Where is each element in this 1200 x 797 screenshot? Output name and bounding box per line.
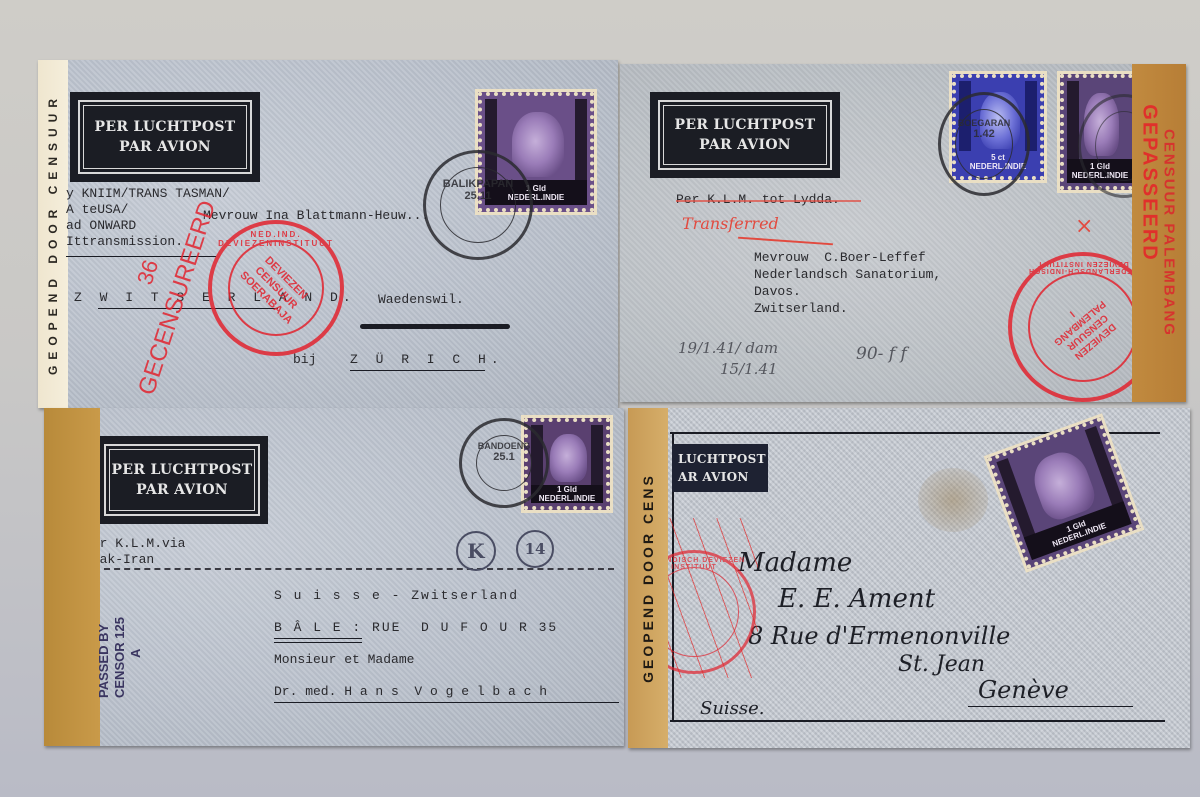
red-arrow bbox=[738, 237, 833, 246]
censor-tape: CENSUUR PALEMBANG GEPASSEERD bbox=[1132, 64, 1186, 402]
double-underline bbox=[274, 638, 362, 639]
address-line-5: Genève bbox=[978, 676, 1069, 704]
airmail-label: LUCHTPOST AR AVION bbox=[672, 444, 768, 492]
address-city: Z Ü R I C H. bbox=[350, 352, 504, 368]
censor-tape-text: GEOPEND DOOR CENSUUR bbox=[46, 93, 60, 375]
pencil-note-2: 15/1.41 bbox=[720, 360, 778, 378]
censor-tape: GEOPEND DOOR CENSUUR bbox=[38, 60, 68, 408]
address-line-2: Nederlandsch Sanatorium, bbox=[754, 267, 941, 283]
airmail-label-line2: PAR AVION bbox=[136, 480, 228, 500]
address-street: B Â L E : RUE D U F O U R 35 bbox=[274, 620, 558, 636]
address-line-4: Zwitserland. bbox=[754, 301, 848, 317]
red-cross-mark: × bbox=[1075, 214, 1093, 239]
underline bbox=[350, 370, 485, 371]
censor-tape: GEOPEND DOOR CENS bbox=[628, 408, 668, 748]
airmail-label-line1: PER LUCHTPOST bbox=[95, 117, 236, 137]
address-line-2: E. E. Ament bbox=[778, 584, 935, 614]
routing-line-3: ad ONWARD bbox=[66, 218, 136, 234]
address-name: Dr. med. H a n s V o g e l b a c h bbox=[274, 684, 547, 700]
address-near: bij bbox=[293, 352, 316, 368]
14-circle-mark: 14 bbox=[516, 530, 554, 568]
airmail-label-line2: PAR AVION bbox=[119, 137, 211, 157]
envelope-bottom-right: LUCHTPOST AR AVION Madame E. E. Ament 8 … bbox=[628, 408, 1190, 748]
queen-portrait bbox=[512, 112, 564, 177]
routing-line-2: A teUSA/ bbox=[66, 202, 128, 218]
underline bbox=[274, 702, 619, 703]
airmail-label-line1: PER LUCHTPOST bbox=[675, 115, 816, 135]
address-line-1: Mevrouw C.Boer-Leffef bbox=[754, 250, 926, 266]
stain bbox=[918, 468, 988, 532]
censor-tape-text-1: CENSUUR PALEMBANG bbox=[1161, 129, 1178, 337]
queen-portrait bbox=[550, 434, 587, 483]
pencil-note-3: 90- f f bbox=[856, 344, 907, 364]
red-censor-seal: NED.IND. DEVIEZENINSTITUUT DEVIEZEN CENS… bbox=[208, 220, 344, 356]
double-underline bbox=[274, 642, 362, 643]
airmail-label-line1: LUCHTPOST bbox=[678, 450, 766, 468]
censor-tape bbox=[44, 408, 100, 746]
airmail-label-line1: PER LUCHTPOST bbox=[112, 460, 253, 480]
postmark: BANDOENG 25.1 bbox=[459, 418, 549, 508]
airmail-label-line2: AR AVION bbox=[678, 468, 749, 486]
address-salutation: Monsieur et Madame bbox=[274, 652, 414, 668]
passed-by-censor-mark: PASSED BY CENSOR 125 A bbox=[96, 617, 144, 698]
address-line-6: Suisse. bbox=[700, 698, 765, 719]
gecensureerd-number: 36 bbox=[132, 257, 164, 288]
border-line-bottom bbox=[670, 720, 1165, 722]
airmail-label: PER LUCHTPOST PAR AVION bbox=[650, 92, 840, 178]
envelope-top-right: PER LUCHTPOST PAR AVION Per K.L.M. tot L… bbox=[620, 64, 1186, 402]
censor-tape-text: GEOPEND DOOR CENS bbox=[640, 473, 656, 683]
address-town: Waedenswil. bbox=[378, 292, 464, 308]
pencil-note-1: 19/1.41/ dam bbox=[678, 339, 778, 357]
address-line-4: St. Jean bbox=[898, 652, 985, 677]
address-line-3: 8 Rue d'Ermenonville bbox=[748, 622, 1010, 650]
red-strikethrough bbox=[676, 200, 861, 202]
airmail-label-line2: PAR AVION bbox=[699, 135, 791, 155]
k-circle-mark: K bbox=[456, 531, 496, 571]
underline bbox=[968, 706, 1133, 707]
airmail-label: PER LUCHTPOST PAR AVION bbox=[70, 92, 260, 182]
dashed-line bbox=[104, 568, 614, 570]
red-handwritten-note: Transferred bbox=[682, 214, 779, 233]
envelope-top-left: GEOPEND DOOR CENSUUR PER LUCHTPOST PAR A… bbox=[38, 60, 618, 408]
airmail-label: PER LUCHTPOST PAR AVION bbox=[96, 436, 268, 524]
ink-stroke bbox=[360, 324, 510, 329]
red-handwritten-scribbles bbox=[668, 518, 758, 678]
address-country: S u i s s e - Zwitserland bbox=[274, 588, 519, 604]
envelope-bottom-left: PER LUCHTPOST PAR AVION Per K.L.M.via Ir… bbox=[44, 408, 624, 746]
postmark: BOEGARAN 1.42 bbox=[938, 92, 1030, 196]
routing-line-4: Ittransmission. bbox=[66, 234, 183, 250]
postmark: BALIKPAPAN 25.11 bbox=[423, 150, 533, 260]
address-name: Mevrouw Ina Blattmann-Heuw... bbox=[203, 208, 429, 224]
stamp-1-gulden: 1 Gld NEDERL.INDIE bbox=[987, 417, 1140, 569]
address-line-3: Davos. bbox=[754, 284, 801, 300]
censor-tape-text-2: GEPASSEERD bbox=[1138, 104, 1161, 261]
